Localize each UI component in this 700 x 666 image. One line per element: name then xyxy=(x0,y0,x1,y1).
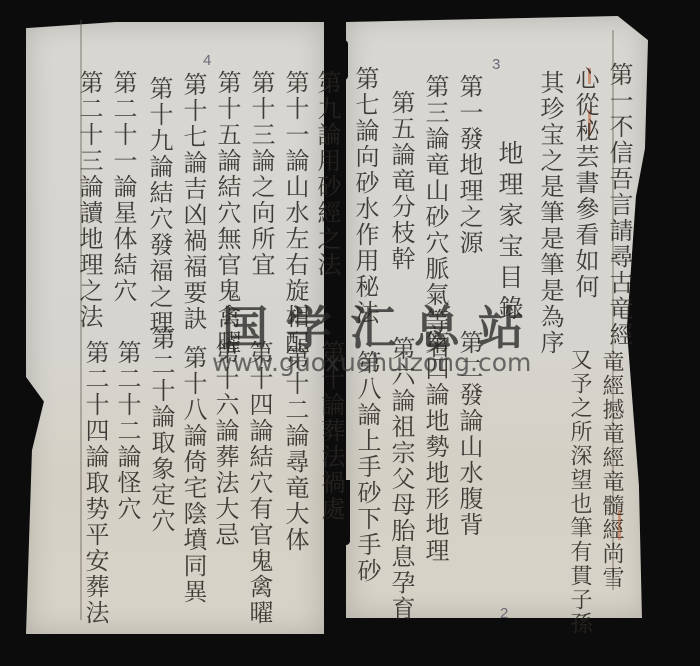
watermark-url: www.guoxuehuizong.com xyxy=(212,348,531,377)
preface-column: 心從秘芸書參看如何 xyxy=(572,66,598,300)
chapter-entry-19: 第十九論結穴發福之理 xyxy=(146,76,172,336)
chapter-entry-13: 第十三論之向所宜 xyxy=(248,70,274,278)
chapter-entry-20: 第二十論取象定穴 xyxy=(148,326,174,534)
chapter-entry-24: 第二十四論取势平安葬法 xyxy=(82,340,108,626)
chapter-entry-1: 第一發地理之源 xyxy=(456,74,482,256)
chapter-entry-14: 第十四論結穴有官鬼禽曜 xyxy=(246,340,272,626)
chapter-entry-17: 第十七論吉凶禍福要訣 xyxy=(180,72,206,332)
chapter-entry-23: 第二十三論讀地理之法 xyxy=(76,70,102,330)
page-number-bottom: 2 xyxy=(500,605,508,622)
chapter-entry-21: 第二十一論星体結穴 xyxy=(110,70,136,304)
chapter-entry-6: 第六論祖宗父母胎息孕育 xyxy=(388,336,414,622)
chapter-entry-22: 第二十二論怪穴 xyxy=(114,340,140,522)
chapter-entry-8: 第八論上手砂下手砂 xyxy=(354,350,380,584)
preface-continuation: 竜經撼竜經竜髓經尚雪 xyxy=(598,350,624,590)
page-number-left: 4 xyxy=(203,52,211,69)
page-number-right: 3 xyxy=(492,56,500,73)
chapter-entry-7: 第七論向砂水作用秘法 xyxy=(352,66,378,326)
preface-column: 第一不信吾言請尋古竜經 xyxy=(606,62,632,348)
preface-continuation: 又予之所深望也筆有貫子孫 xyxy=(566,348,592,636)
chapter-entry-9: 第九論用砂經之法 xyxy=(314,70,340,278)
chapter-entry-5: 第五論竜分枝幹 xyxy=(388,90,414,272)
chapter-entry-18: 第十八論倚宅陰墳同異 xyxy=(180,345,206,605)
